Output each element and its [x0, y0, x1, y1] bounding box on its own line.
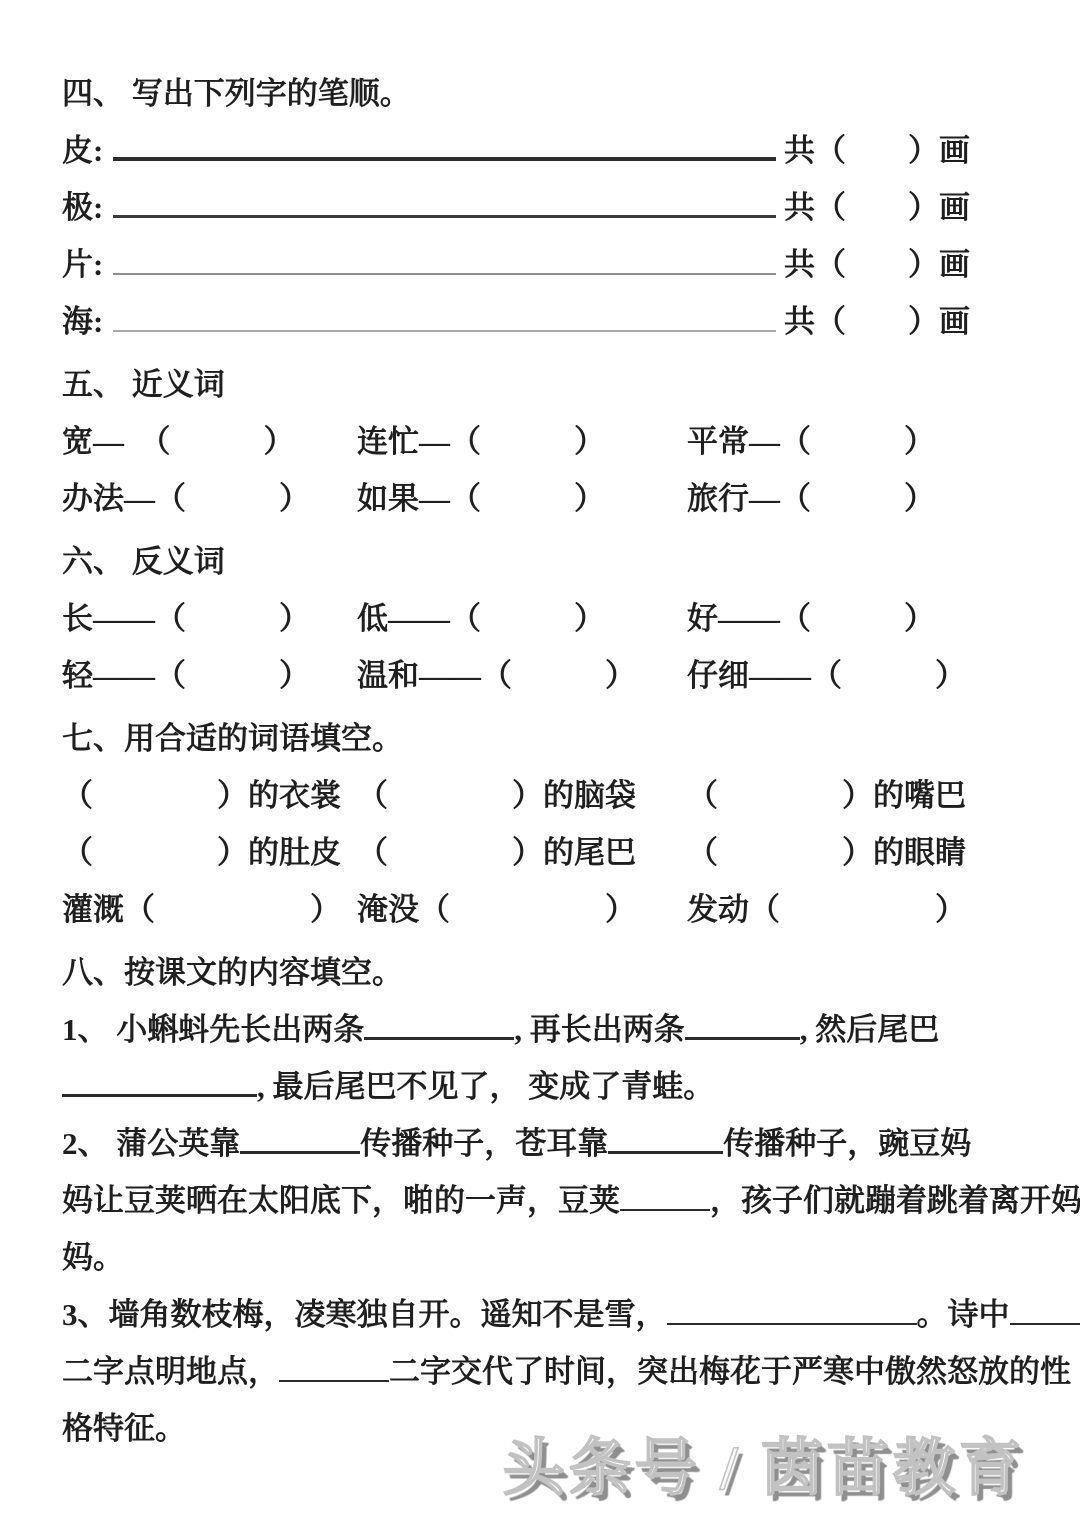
synonym-row: 宽— （ ） 连忙—（ ） 平常—（ ）: [62, 410, 1020, 467]
section8-title-row: 八、按课文的内容填空。: [62, 941, 1020, 998]
synonym-item: 平常—（ ）: [687, 416, 1020, 461]
section6-title: 六、 反义词: [62, 536, 1020, 581]
stroke-count-label: 共（ ）画: [784, 239, 970, 284]
worksheet-page: 四、 写出下列字的笔顺。 皮: 共（ ）画 极: 共（ ）画 片: 共（ ）画 …: [0, 0, 1080, 1527]
antonym-item: 仔细——（ ）: [687, 650, 1020, 695]
phrase-item: （ ）的嘴巴: [687, 770, 1020, 815]
answer-line: [113, 153, 776, 161]
stroke-char-label: 海:: [62, 296, 103, 341]
answer-line: [113, 211, 776, 218]
question-text: , 然后尾巴: [800, 1012, 940, 1047]
answer-blank: [685, 1027, 800, 1040]
stroke-row: 极: 共（ ）画: [62, 176, 1020, 233]
stroke-char-label: 片:: [62, 239, 103, 284]
phrase-item: （ ）的尾巴: [357, 827, 687, 872]
synonym-item: 旅行—（ ）: [687, 473, 1020, 518]
question-text: 3、墙角数枝梅，凌寒独自开。遥知不是雪，: [62, 1297, 667, 1332]
phrase-item: 发动（ ）: [687, 884, 1020, 929]
phrase-item: 灌溉（ ）: [62, 884, 357, 929]
question3-line2: 二字点明地点，二字交代了时间，突出梅花于严寒中傲然怒放的性: [62, 1340, 1020, 1397]
antonym-item: 温和——（ ）: [357, 650, 687, 695]
phrase-row: （ ）的衣裳 （ ）的脑袋 （ ）的嘴巴: [62, 764, 1020, 821]
question-text: ，孩子们就蹦着跳着离开妈: [710, 1183, 1080, 1218]
question-text: 。诗中: [917, 1297, 1010, 1332]
answer-blank: [1010, 1313, 1080, 1325]
stroke-row: 海: 共（ ）画: [62, 290, 1020, 347]
stroke-row: 片: 共（ ）画: [62, 233, 1020, 290]
stroke-row: 皮: 共（ ）画: [62, 119, 1020, 176]
synonym-row: 办法—（ ） 如果—（ ） 旅行—（ ）: [62, 467, 1020, 524]
answer-blank: [364, 1027, 514, 1040]
watermark: 头条号 / 茵苗教育: [503, 1418, 1025, 1507]
question2-line2: 妈让豆荚晒在太阳底下，啪的一声，豆荚，孩子们就蹦着跳着离开妈: [62, 1169, 1020, 1226]
section8-title: 八、按课文的内容填空。: [62, 947, 1020, 992]
question-text: 2、 蒲公英靠: [62, 1126, 240, 1161]
answer-blank: [279, 1370, 389, 1382]
phrase-item: 淹没（ ）: [357, 884, 687, 929]
answer-blank: [240, 1141, 360, 1154]
question-text: 传播种子，豌豆妈: [723, 1126, 971, 1161]
answer-blank: [667, 1313, 917, 1325]
question3-line1: 3、墙角数枝梅，凌寒独自开。遥知不是雪，。诗中: [62, 1283, 1020, 1340]
question-text: 格特征。: [62, 1411, 186, 1446]
phrase-item: （ ）的眼睛: [687, 827, 1020, 872]
stroke-count-label: 共（ ）画: [784, 296, 970, 341]
question-text: 二字点明地点，: [62, 1354, 279, 1389]
section5-title-row: 五、 近义词: [62, 353, 1020, 410]
antonym-item: 轻——（ ）: [62, 650, 357, 695]
section5-title: 五、 近义词: [62, 359, 1020, 404]
section7-title-row: 七、用合适的词语填空。: [62, 707, 1020, 764]
antonym-item: 低——（ ）: [357, 593, 687, 638]
question2-line3: 妈。: [62, 1226, 1020, 1283]
antonym-item: 好——（ ）: [687, 593, 1020, 638]
question1-line2: , 最后尾巴不见了， 变成了青蛙。: [62, 1055, 1020, 1112]
phrase-item: （ ）的脑袋: [357, 770, 687, 815]
section6-title-row: 六、 反义词: [62, 530, 1020, 587]
question-text: 妈让豆荚晒在太阳底下，啪的一声，豆荚: [62, 1183, 620, 1218]
answer-blank: [608, 1141, 723, 1154]
question-text: 妈。: [62, 1240, 124, 1275]
stroke-char-label: 皮:: [62, 125, 103, 170]
antonym-row: 轻——（ ） 温和——（ ） 仔细——（ ）: [62, 644, 1020, 701]
phrase-item: （ ）的衣裳: [62, 770, 357, 815]
answer-line: [113, 326, 776, 332]
stroke-char-label: 极:: [62, 182, 103, 227]
answer-line: [113, 269, 776, 275]
question2-line1: 2、 蒲公英靠传播种子，苍耳靠传播种子，豌豆妈: [62, 1112, 1020, 1169]
antonym-item: 长——（ ）: [62, 593, 357, 638]
stroke-count-label: 共（ ）画: [784, 182, 970, 227]
question1-line1: 1、 小蝌蚪先长出两条, 再长出两条, 然后尾巴: [62, 998, 1020, 1055]
answer-blank: [62, 1084, 257, 1097]
section4-title: 四、 写出下列字的笔顺。: [62, 68, 1020, 113]
question-text: 二字交代了时间，突出梅花于严寒中傲然怒放的性: [389, 1354, 1071, 1389]
synonym-item: 如果—（ ）: [357, 473, 687, 518]
question-text: 1、 小蝌蚪先长出两条: [62, 1012, 364, 1047]
question-text: , 再长出两条: [514, 1012, 685, 1047]
section4-title-row: 四、 写出下列字的笔顺。: [62, 62, 1020, 119]
question-text: , 最后尾巴不见了， 变成了青蛙。: [257, 1069, 714, 1104]
answer-blank: [620, 1199, 710, 1211]
stroke-count-label: 共（ ）画: [784, 125, 970, 170]
antonym-row: 长——（ ） 低——（ ） 好——（ ）: [62, 587, 1020, 644]
phrase-row: （ ）的肚皮 （ ）的尾巴 （ ）的眼睛: [62, 821, 1020, 878]
synonym-item: 办法—（ ）: [62, 473, 357, 518]
section7-title: 七、用合适的词语填空。: [62, 713, 1020, 758]
synonym-item: 连忙—（ ）: [357, 416, 687, 461]
phrase-item: （ ）的肚皮: [62, 827, 357, 872]
phrase-row: 灌溉（ ） 淹没（ ） 发动（ ）: [62, 878, 1020, 935]
question-text: 传播种子，苍耳靠: [360, 1126, 608, 1161]
synonym-item: 宽— （ ）: [62, 416, 357, 461]
